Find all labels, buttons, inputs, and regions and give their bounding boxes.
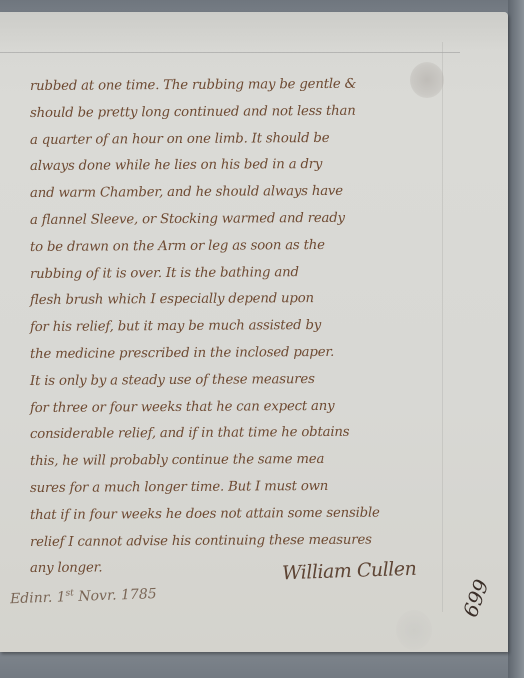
letter-line: flesh brush which I especially depend up… bbox=[30, 285, 450, 315]
dateline-month: Novr. bbox=[78, 588, 117, 605]
letter-line: relief I cannot advise his continuing th… bbox=[30, 527, 450, 557]
dateline-place: Edinr. bbox=[10, 590, 53, 607]
fold-line bbox=[0, 52, 460, 53]
paper-stain bbox=[396, 610, 432, 650]
letter-line: and warm Chamber, and he should always h… bbox=[30, 178, 450, 208]
letter-line: should be pretty long continued and not … bbox=[30, 98, 450, 128]
letter-line: rubbed at one time. The rubbing may be g… bbox=[30, 71, 450, 101]
letter-line: It is only by a steady use of these meas… bbox=[30, 366, 450, 396]
letter-line: a flannel Sleeve, or Stocking warmed and… bbox=[30, 205, 450, 235]
letter-line: that if in four weeks he does not attain… bbox=[30, 500, 450, 530]
dateline-year: 1785 bbox=[121, 586, 157, 603]
letter-line: the medicine prescribed in the inclosed … bbox=[30, 339, 450, 369]
letter-line: for his relief, but it may be much assis… bbox=[30, 312, 450, 342]
letter-line: for three or four weeks that he can expe… bbox=[30, 393, 450, 423]
signature: William Cullen bbox=[282, 558, 417, 585]
letter-line: this, he will probably continue the same… bbox=[30, 446, 450, 476]
letter-line: to be drawn on the Arm or leg as soon as… bbox=[30, 232, 450, 262]
dateline-day-suffix: st bbox=[65, 588, 74, 598]
letter-line: rubbing of it is over. It is the bathing… bbox=[30, 259, 450, 289]
letter-line: sures for a much longer time. But I must… bbox=[30, 473, 450, 503]
letter-line: always done while he lies on his bed in … bbox=[30, 151, 450, 181]
letter-line: considerable relief, and if in that time… bbox=[30, 419, 450, 449]
scan-edge bbox=[508, 0, 524, 678]
letter-line: a quarter of an hour on one limb. It sho… bbox=[30, 125, 450, 155]
letter-body: rubbed at one time. The rubbing may be g… bbox=[30, 74, 450, 583]
